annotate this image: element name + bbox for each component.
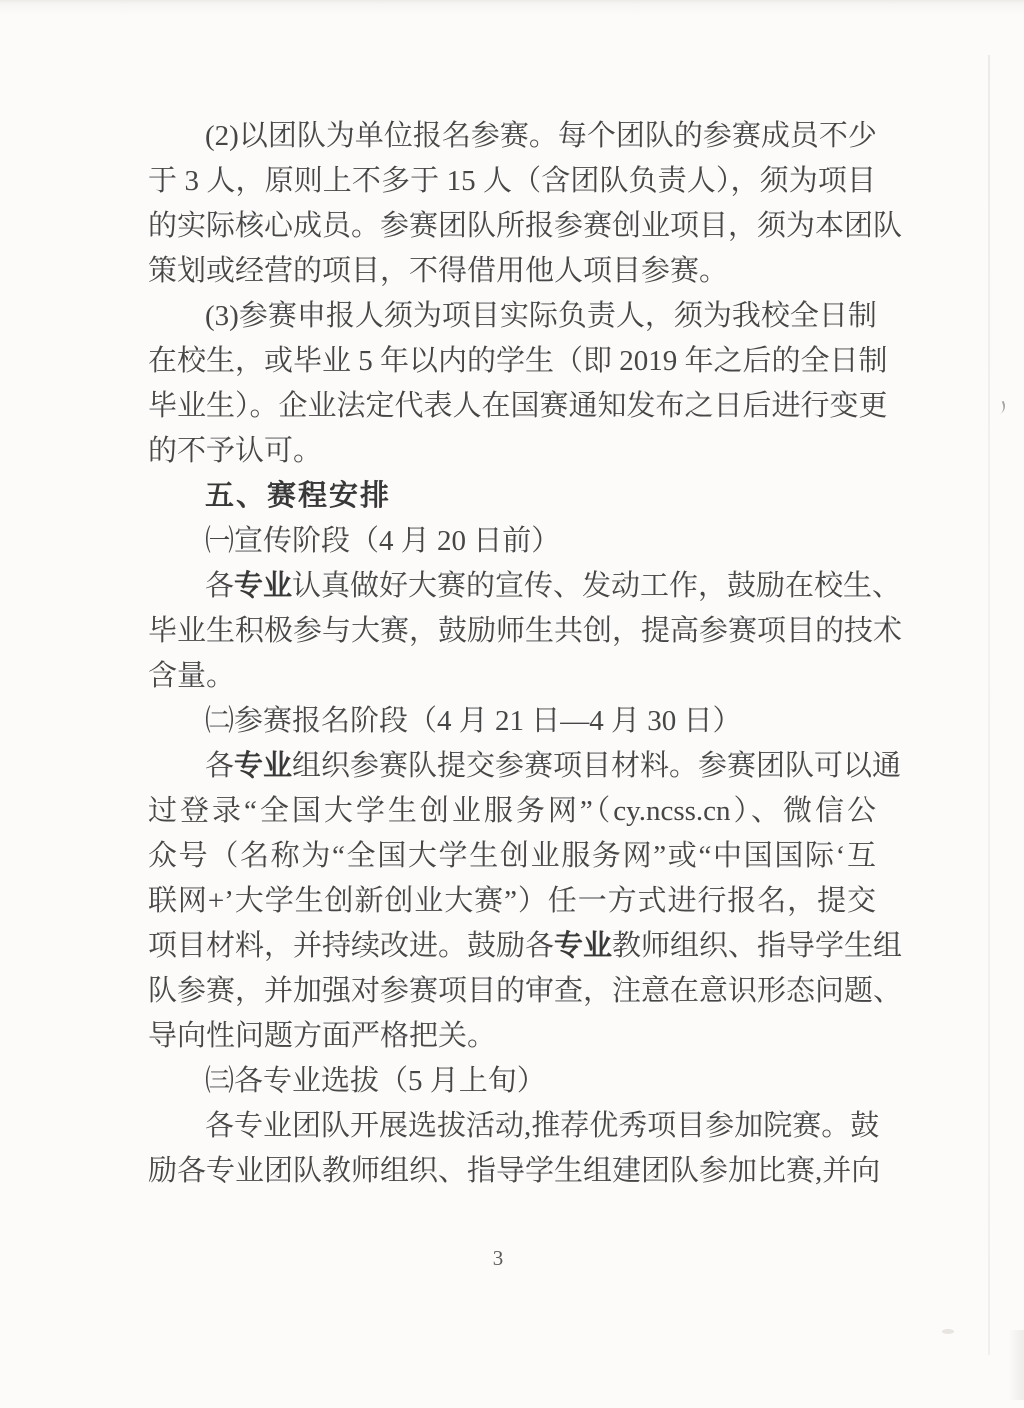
scan-smudge-artifact [942,1329,954,1334]
text-line: (3)参赛申报人须为项目实际负责人，须为我校全日制 [148,294,876,339]
text-line: 毕业生）。企业法定代表人在国赛通知发布之日后进行变更 [148,384,876,429]
text-segment: 认真做好大赛的宣传、发动工作，鼓励在校生、 [292,570,901,602]
scan-right-edge-line [988,55,990,1355]
text-segment: 项目材料，并持续改进。鼓励各 [148,930,554,962]
text-segment: 在校生，或毕业 5 年以内的学生（即 2019 年之后的全日制 [148,345,888,377]
text-segment: 的实际核心成员。参赛团队所报参赛创业项目，须为本团队 [148,210,902,242]
text-line: 各专业组织参赛队提交参赛项目材料。参赛团队可以通 [148,744,876,789]
text-segment: 各 [205,570,234,602]
text-line: 的实际核心成员。参赛团队所报参赛创业项目，须为本团队 [148,204,876,249]
text-segment: 于 3 人，原则上不多于 15 人（含团队负责人），须为项目 [148,165,876,197]
text-segment: 导向性问题方面严格把关。 [148,1020,496,1052]
text-segment: 策划或经营的项目，不得借用他人项目参赛。 [148,255,728,287]
text-line: 队参赛，并加强对参赛项目的审查，注意在意识形态问题、 [148,969,876,1014]
text-line: ㈠宣传阶段（4 月 20 日前） [148,519,876,564]
text-line: 各专业认真做好大赛的宣传、发动工作，鼓励在校生、 [148,564,876,609]
text-segment: ㈢各专业选拔（5 月上旬） [205,1065,546,1097]
text-segment: 的不予认可。 [148,435,322,467]
text-segment: ㈠宣传阶段（4 月 20 日前） [205,525,560,557]
page-number: 3 [0,1246,1010,1271]
text-segment: 毕业生积极参与大赛，鼓励师生共创，提高参赛项目的技术 [148,615,902,647]
text-line: 策划或经营的项目，不得借用他人项目参赛。 [148,249,876,294]
text-segment: 励各专业团队教师组织、指导学生组建团队参加比赛,并向 [148,1155,880,1187]
scan-top-edge-shadow [0,0,1024,16]
text-segment: 众号（名称为“全国大学生创业服务网”或“中国国际‘互 [148,840,876,872]
text-segment: 各 [205,750,234,782]
text-segment: 毕业生）。企业法定代表人在国赛通知发布之日后进行变更 [148,390,888,422]
section-heading-line: 五、赛程安排 [148,474,876,519]
text-line: ㈢各专业选拔（5 月上旬） [148,1059,876,1104]
text-line: 毕业生积极参与大赛，鼓励师生共创，提高参赛项目的技术 [148,609,876,654]
bold-text-segment: 专业 [234,570,292,602]
text-line: 含量。 [148,654,876,699]
text-segment: (2)以团队为单位报名参赛。每个团队的参赛成员不少 [205,120,877,152]
text-segment: ㈡参赛报名阶段（4 月 21 日—4 月 30 日） [205,705,742,737]
bold-text-segment: 专业 [554,930,612,962]
text-segment: 教师组织、指导学生组 [612,930,902,962]
text-line: (2)以团队为单位报名参赛。每个团队的参赛成员不少 [148,114,876,159]
text-line: 各专业团队开展选拔活动,推荐优秀项目参加院赛。鼓 [148,1104,876,1149]
text-segment: 联网+’大学生创新创业大赛”）任一方式进行报名，提交 [148,885,876,917]
document-text: (2)以团队为单位报名参赛。每个团队的参赛成员不少于 3 人，原则上不多于 15… [148,114,876,1194]
scan-speck-artifact [995,401,1007,415]
bold-text-segment: 专业 [234,750,292,782]
scanned-document-page: (2)以团队为单位报名参赛。每个团队的参赛成员不少于 3 人，原则上不多于 15… [0,0,1024,1408]
text-line: 导向性问题方面严格把关。 [148,1014,876,1059]
text-segment: 含量。 [148,660,235,692]
text-line: 过登录“全国大学生创业服务网”（cy.ncss.cn）、微信公 [148,789,876,834]
text-line: 联网+’大学生创新创业大赛”）任一方式进行报名，提交 [148,879,876,924]
text-line: 在校生，或毕业 5 年以内的学生（即 2019 年之后的全日制 [148,339,876,384]
bold-text-segment: 五、赛程安排 [205,480,391,512]
text-line: 励各专业团队教师组织、指导学生组建团队参加比赛,并向 [148,1149,876,1194]
text-line: 项目材料，并持续改进。鼓励各专业教师组织、指导学生组 [148,924,876,969]
text-line: 于 3 人，原则上不多于 15 人（含团队负责人），须为项目 [148,159,876,204]
text-line: 的不予认可。 [148,429,876,474]
text-segment: 各专业团队开展选拔活动,推荐优秀项目参加院赛。鼓 [205,1110,879,1142]
text-segment: 队参赛，并加强对参赛项目的审查，注意在意识形态问题、 [148,975,902,1007]
text-line: ㈡参赛报名阶段（4 月 21 日—4 月 30 日） [148,699,876,744]
text-segment: (3)参赛申报人须为项目实际负责人，须为我校全日制 [205,300,877,332]
text-line: 众号（名称为“全国大学生创业服务网”或“中国国际‘互 [148,834,876,879]
text-segment: 过登录“全国大学生创业服务网”（cy.ncss.cn）、微信公 [148,795,876,827]
scan-corner-shadow [1008,1330,1024,1400]
text-segment: 组织参赛队提交参赛项目材料。参赛团队可以通 [292,750,901,782]
